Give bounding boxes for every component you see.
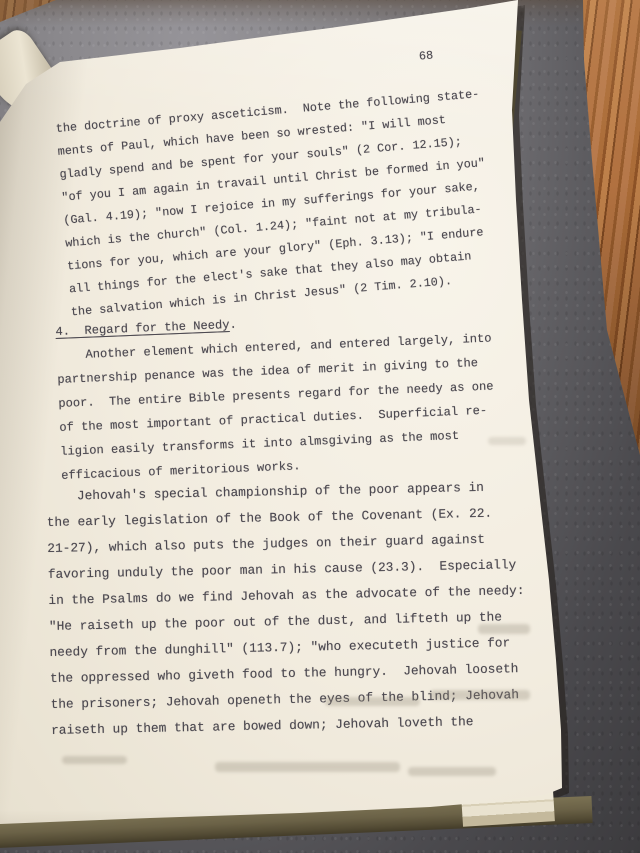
- section-heading-text: 4. Regard for the Needy: [55, 318, 230, 339]
- paragraph-regard-for-needy: Another element which entered, and enter…: [56, 327, 497, 488]
- bleed-through-mark: [215, 762, 400, 772]
- bleed-through-mark: [430, 690, 530, 700]
- paragraph-proxy-asceticism: the doctrine of proxy asceticism. Note t…: [55, 83, 495, 324]
- section-regard-for-the-needy: 4. Regard for the Needy. Another element…: [55, 303, 497, 488]
- bleed-through-mark: [62, 756, 127, 764]
- bleed-through-mark: [478, 624, 530, 634]
- bleed-through-mark: [488, 437, 526, 445]
- bleed-through-mark: [408, 767, 496, 776]
- paragraph-jehovah-championship: Jehovah's special championship of the po…: [46, 474, 527, 744]
- section-heading-period: .: [229, 318, 237, 332]
- bleed-through-mark: [325, 697, 420, 706]
- photo-of-typewritten-page: 68 the doctrine of proxy asceticism. Not…: [0, 0, 640, 853]
- page-number: 68: [418, 48, 433, 63]
